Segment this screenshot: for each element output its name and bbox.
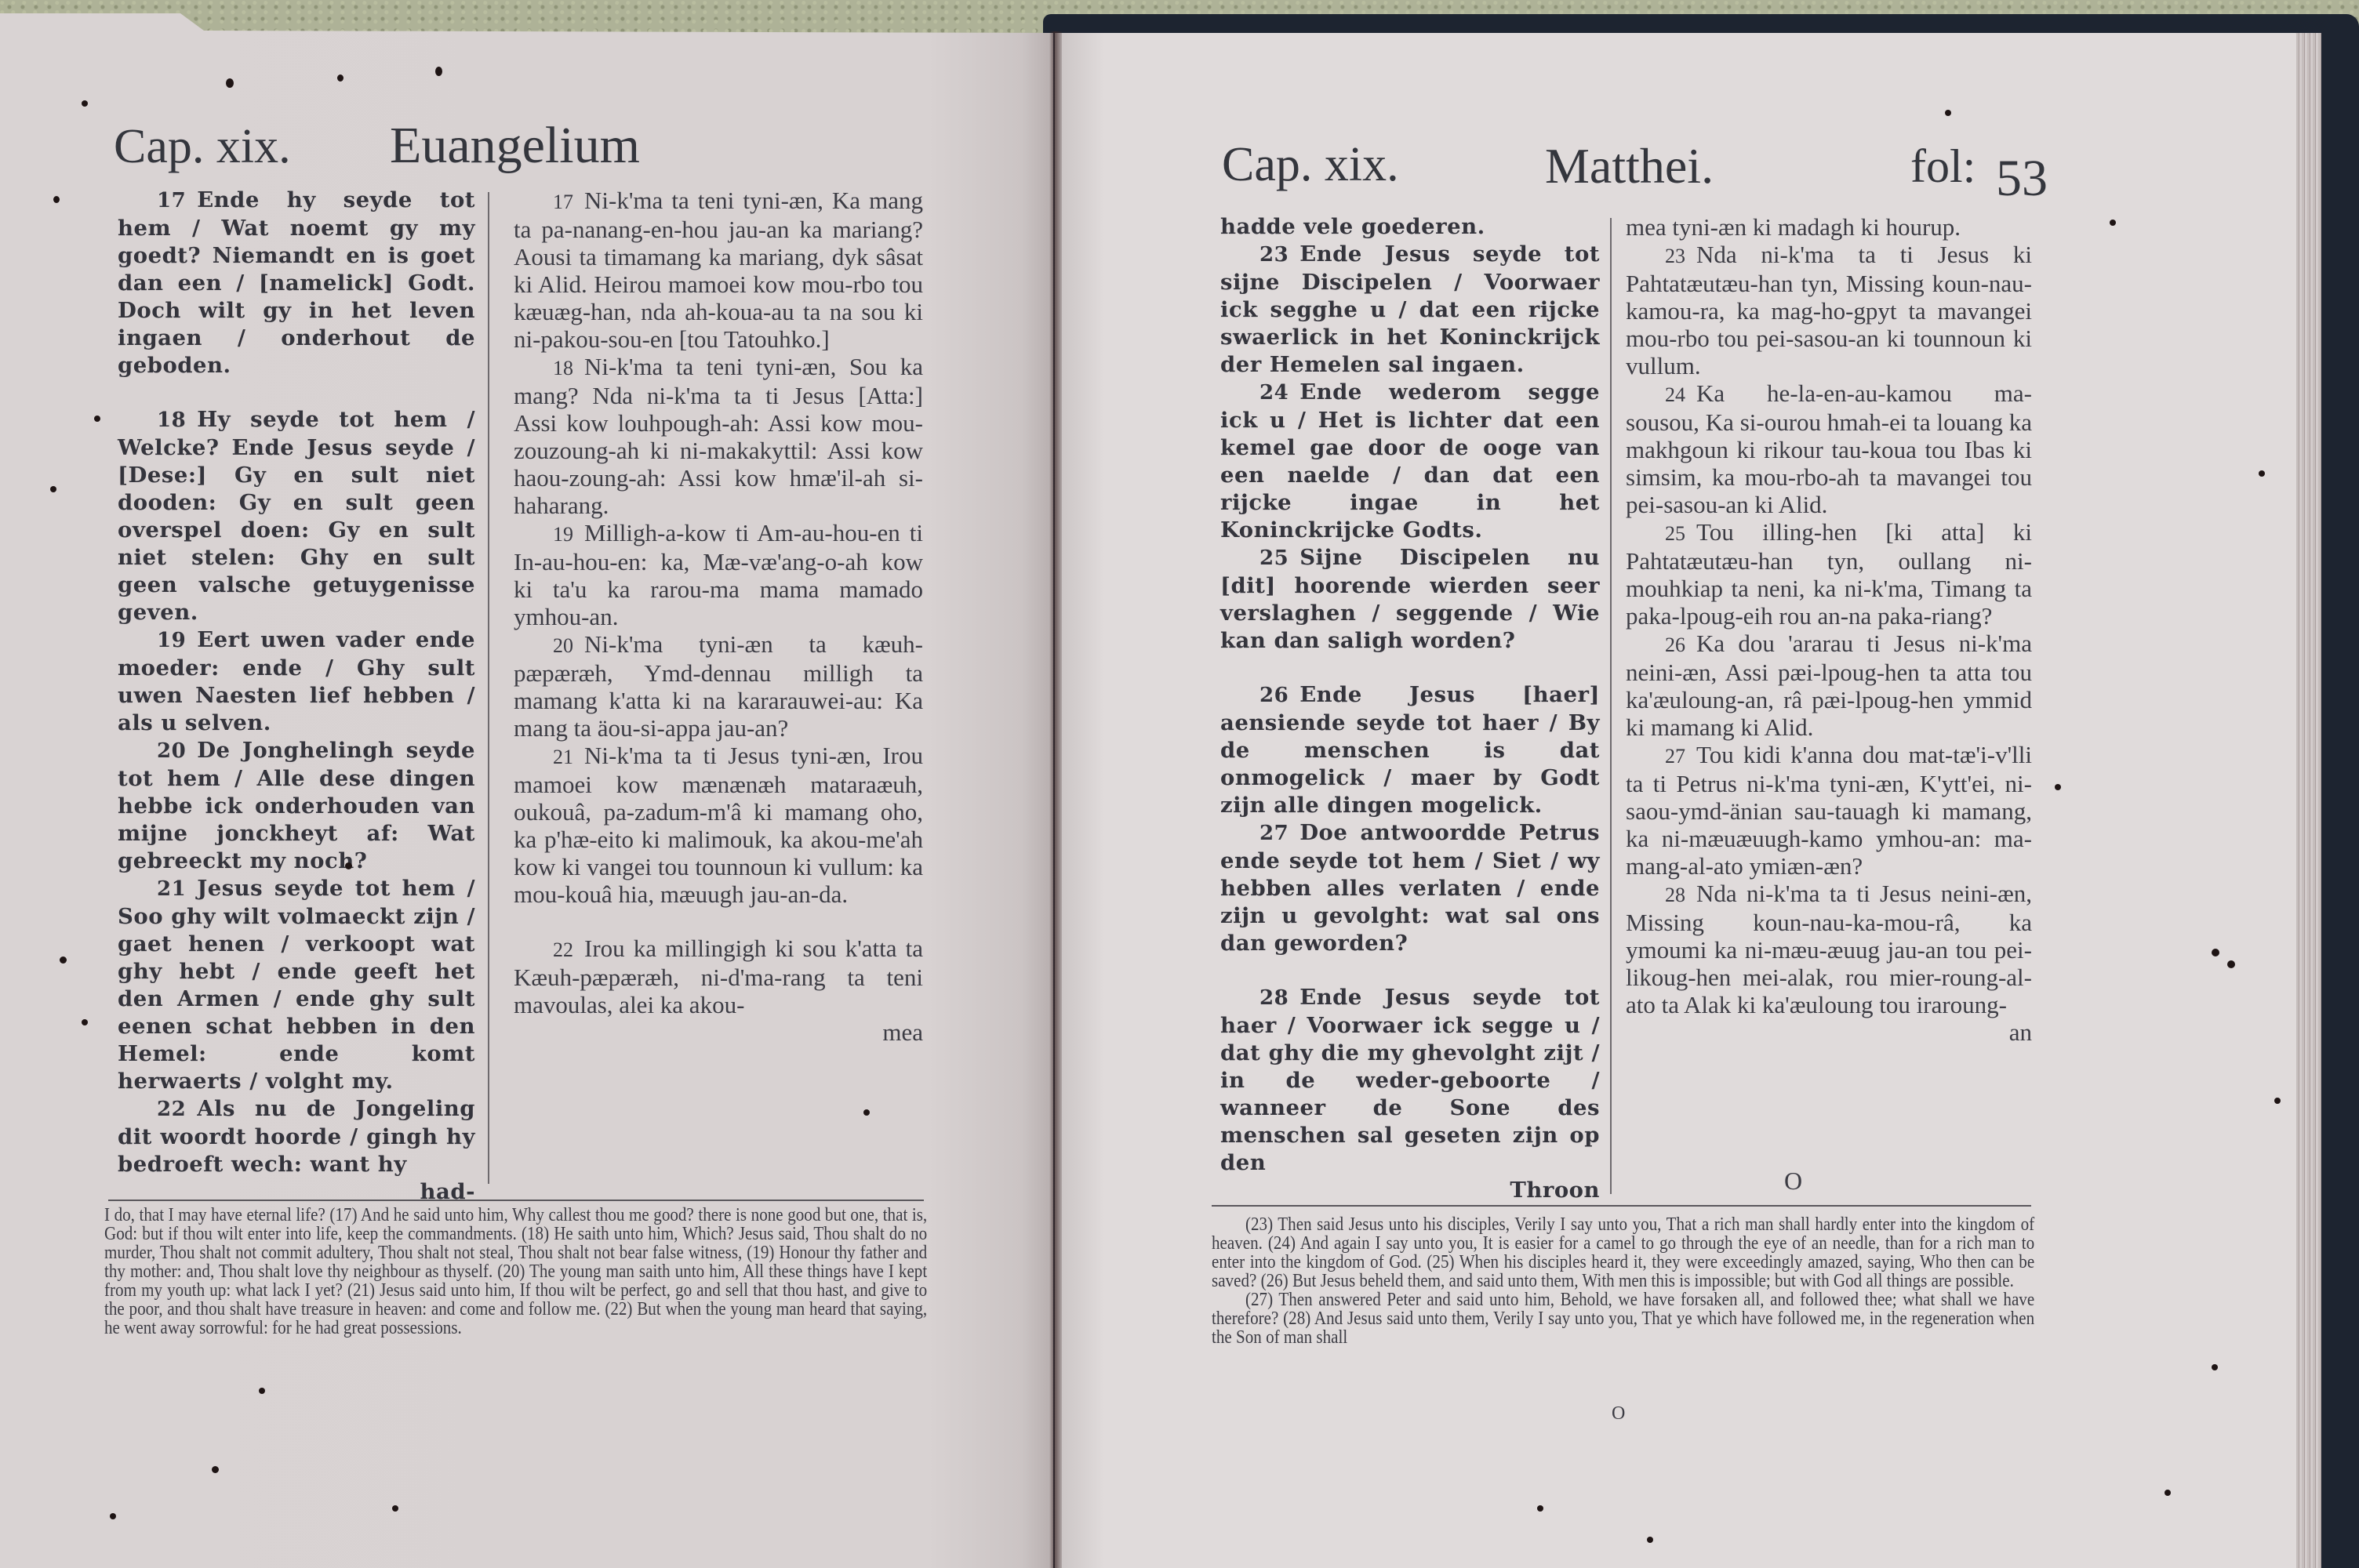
verse-18-dutch: 18Hy seyde tot hem / Welcke? Ende Jesus … — [118, 406, 475, 626]
book-gutter — [1049, 31, 1062, 1568]
verse-17-formosan: 17Ni-k'ma ta teni tyni-æn, Ka mang ta pa… — [514, 187, 923, 353]
verse-19-dutch: 19Eert uwen vader ende moeder: ende / Gh… — [118, 626, 475, 737]
footnote-rule — [108, 1200, 924, 1201]
speck — [82, 1019, 88, 1025]
speck — [110, 1513, 116, 1519]
verse-28-dutch: 28Ende Jesus seyde tot haer / Voorwaer i… — [1220, 984, 1600, 1177]
verse-24-dutch: 24Ende wederom segge ick u / Het is lich… — [1220, 379, 1600, 544]
speck — [2227, 960, 2235, 968]
verse-27-formosan: 27Tou kidi k'anna dou mat-tæ'i-v'lli ta … — [1626, 741, 2032, 880]
speck — [2110, 220, 2116, 226]
verse-21-dutch: 21Jesus seyde tot hem / Soo ghy wilt vol… — [118, 875, 475, 1095]
footnote-rule — [1212, 1205, 2031, 1207]
verse-28-formosan: 28Nda ni-k'ma ta ti Jesus neini-æn, Miss… — [1626, 880, 2032, 1018]
verse-26-dutch: 26Ende Jesus [haer] aensiende seyde tot … — [1220, 681, 1600, 819]
left-dutch-column: 17Ende hy seyde tot hem / Wat noemt gy m… — [118, 187, 475, 1206]
folio-label: fol: — [1910, 140, 1976, 194]
catchword: had- — [118, 1178, 475, 1206]
verse-24-formosan: 24Ka he-la-en-au-kamou ma-sousou, Ka si-… — [1626, 379, 2032, 518]
verse-20-formosan: 20Ni-k'ma tyni-æn ta kæuh-pæpæræh, Ymd-d… — [514, 630, 923, 742]
column-divider — [488, 192, 489, 1184]
verse-21-formosan: 21Ni-k'ma ta ti Jesus tyni-æn, Irou mamo… — [514, 742, 923, 908]
verse-20-dutch: 20De Jonghelingh seyde tot hem / Alle de… — [118, 737, 475, 875]
speck — [226, 78, 234, 88]
verse-22-dutch-cont: hadde vele goederen. — [1220, 213, 1600, 241]
left-english-footnote: I do, that I may have eternal life? (17)… — [104, 1206, 927, 1338]
speck — [94, 416, 100, 422]
speck — [337, 74, 343, 82]
verse-25-dutch: 25Sijne Discipelen nu [dit] hoorende wie… — [1220, 544, 1600, 655]
verse-22-formosan: 22Irou ka millingigh ki sou k'atta ta Kæ… — [514, 935, 923, 1018]
speck — [435, 67, 442, 76]
verse-17-dutch: 17Ende hy seyde tot hem / Wat noemt gy m… — [118, 187, 475, 379]
speck — [392, 1505, 398, 1512]
catchword: Throon — [1220, 1177, 1600, 1204]
page-edges — [2296, 33, 2321, 1568]
verse-25-formosan: 25Tou illing-hen [ki atta] ki Pahtatæutæ… — [1626, 518, 2032, 630]
speck — [2274, 1098, 2281, 1104]
left-formosan-column: 17Ni-k'ma ta teni tyni-æn, Ka mang ta pa… — [514, 187, 923, 1046]
verse-27-dutch: 27Doe antwoordde Petrus ende seyde tot h… — [1220, 819, 1600, 957]
speck — [60, 956, 67, 964]
verse-23-dutch: 23Ende Jesus seyde tot sijne Discipelen … — [1220, 241, 1600, 379]
speck — [50, 486, 56, 492]
speck — [2212, 1364, 2218, 1370]
signature-mark: O — [1784, 1167, 1802, 1196]
speck — [2165, 1490, 2171, 1496]
speck — [345, 862, 352, 869]
folio-number: 53 — [1996, 149, 2048, 209]
column-divider — [1610, 218, 1612, 1194]
speck — [863, 1109, 870, 1116]
verse-18-formosan: 18Ni-k'ma ta teni tyni-æn, Sou ka mang? … — [514, 353, 923, 519]
speck — [1537, 1505, 1543, 1512]
speck — [53, 196, 60, 203]
left-chapter-heading: Cap. xix. — [114, 119, 291, 175]
verse-22-dutch: 22Als nu de Jongeling dit woordt hoorde … — [118, 1095, 475, 1178]
right-dutch-column: hadde vele goederen. 23Ende Jesus seyde … — [1220, 213, 1600, 1204]
speck — [212, 1466, 219, 1473]
catchword: an — [1626, 1018, 2032, 1046]
right-formosan-column: mea tyni-æn ki madagh ki hourup. 23Nda n… — [1626, 213, 2032, 1046]
right-english-footnote: (23) Then said Jesus unto his disciples,… — [1212, 1215, 2034, 1347]
speck — [82, 100, 88, 107]
left-running-title: Euangelium — [390, 116, 640, 176]
verse-19-formosan: 19Milligh-a-kow ti Am-au-hou-en ti In-au… — [514, 519, 923, 630]
right-running-title: Matthei. — [1545, 137, 1714, 195]
catchword: mea — [514, 1018, 923, 1046]
speck — [2212, 949, 2219, 956]
speck — [2055, 784, 2061, 790]
footnote-signature-mark: O — [1612, 1403, 1625, 1425]
verse-22-formosan-cont: mea tyni-æn ki madagh ki hourup. — [1626, 213, 2032, 241]
speck — [259, 1388, 265, 1394]
verse-26-formosan: 26Ka dou 'ararau ti Jesus ni-k'ma neini-… — [1626, 630, 2032, 741]
speck — [1647, 1537, 1653, 1543]
speck — [2259, 470, 2265, 477]
speck — [1945, 110, 1951, 116]
verse-23-formosan: 23Nda ni-k'ma ta ti Jesus ki Pahtatæutæu… — [1626, 241, 2032, 379]
right-chapter-heading: Cap. xix. — [1222, 137, 1399, 193]
